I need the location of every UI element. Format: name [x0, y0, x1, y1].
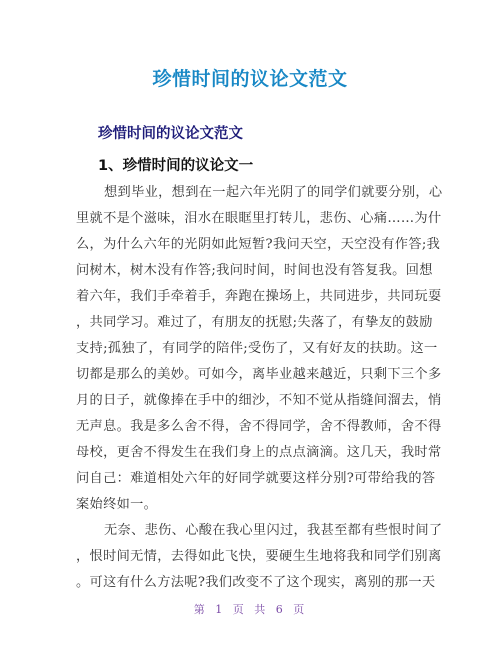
document-body: 想到毕业，想到在一起六年光阴了的同学们就要分别，心 里就不是个滋味，泪水在眼眶里…	[76, 180, 426, 596]
document-page: 珍惜时间的议论文范文 珍惜时间的议论文范文 1、珍惜时间的议论文一 想到毕业，想…	[0, 0, 500, 647]
paragraph-1: 想到毕业，想到在一起六年光阴了的同学们就要分别，心 里就不是个滋味，泪水在眼眶里…	[76, 180, 426, 518]
text-line: 无声息。我是多么舍不得，舍不得同学，舍不得教师，舍不得	[76, 414, 426, 440]
text-line: 里就不是个滋味，泪水在眼眶里打转儿，悲伤、心痛……为什	[76, 206, 426, 232]
text-line: 问树木，树木没有作答;我问时间，时间也没有答复我。回想	[76, 258, 426, 284]
text-line: 母校，更舍不得发生在我们身上的点点滴滴。这几天，我时常	[76, 440, 426, 466]
section-heading: 1、珍惜时间的议论文一	[98, 154, 253, 175]
text-line: 。可这有什么方法呢?我们改变不了这个现实，离别的那一天	[76, 570, 426, 596]
page-indicator: 第 1 页 共 6 页	[0, 601, 500, 617]
text-line: 问自己：难道相处六年的好同学就要这样分别?可带给我的答	[76, 466, 426, 492]
text-line: 想到毕业，想到在一起六年光阴了的同学们就要分别，心	[76, 180, 426, 206]
text-line: 案始终如一。	[76, 492, 426, 518]
text-line: ，恨时间无情，去得如此飞快，要硬生生地将我和同学们别离	[76, 544, 426, 570]
text-line: 月的日子，就像捧在手中的细沙，不知不觉从指缝间溜去，悄	[76, 388, 426, 414]
document-subtitle: 珍惜时间的议论文范文	[98, 122, 243, 143]
text-line: 着六年，我们手牵着手，奔跑在操场上，共同进步，共同玩耍	[76, 284, 426, 310]
text-line: 么，为什么六年的光阴如此短暂?我问天空，天空没有作答;我	[76, 232, 426, 258]
text-line: 无奈、悲伤、心酸在我心里闪过，我甚至都有些恨时间了	[76, 518, 426, 544]
document-title: 珍惜时间的议论文范文	[0, 64, 500, 91]
text-line: 支持;孤独了，有同学的陪伴;受伤了，又有好友的扶助。这一	[76, 336, 426, 362]
text-line: 切都是那么的美妙。可如今，离毕业越来越近，只剩下三个多	[76, 362, 426, 388]
text-line: ，共同学习。难过了，有朋友的抚慰;失落了，有挚友的鼓励	[76, 310, 426, 336]
paragraph-2: 无奈、悲伤、心酸在我心里闪过，我甚至都有些恨时间了 ，恨时间无情，去得如此飞快，…	[76, 518, 426, 596]
